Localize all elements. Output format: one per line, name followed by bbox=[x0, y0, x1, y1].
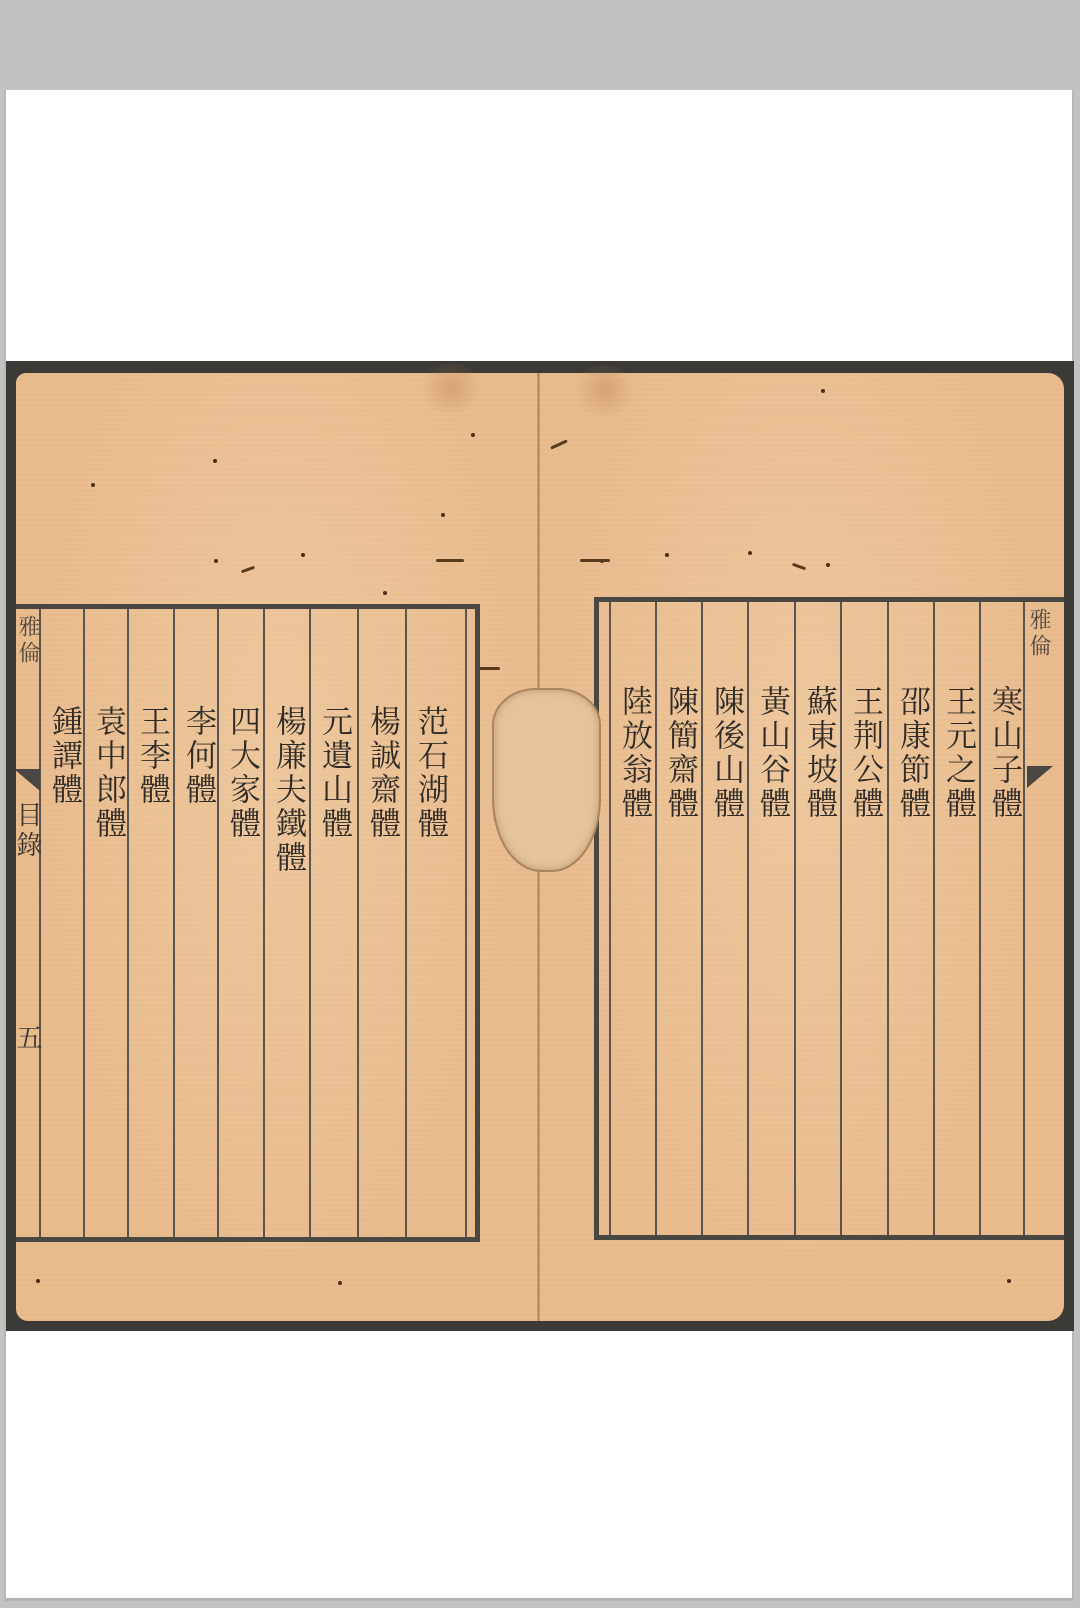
column-rule bbox=[405, 609, 407, 1237]
column-rule bbox=[127, 609, 129, 1237]
column-rule bbox=[357, 609, 359, 1237]
wormhole bbox=[338, 1281, 342, 1285]
toc-entry: 黃山谷體 bbox=[756, 685, 787, 821]
water-stain bbox=[416, 363, 486, 413]
wormhole-trail bbox=[792, 563, 806, 571]
wormhole bbox=[213, 459, 217, 463]
page-number: 五 bbox=[14, 1024, 40, 1054]
wormhole bbox=[36, 1279, 40, 1283]
toc-entry: 蘇東坡體 bbox=[803, 685, 834, 821]
toc-entry: 王李體 bbox=[136, 705, 167, 807]
column-rule bbox=[655, 602, 657, 1235]
column-rule bbox=[794, 602, 796, 1235]
right-page: 寒山子體 王元之體 邵康節體 王荆公體 蘇東坡體 黃山谷體 陳後山體 陳簡齋體 … bbox=[540, 373, 1064, 1321]
wormhole-trail bbox=[241, 566, 255, 574]
column-rule bbox=[933, 602, 935, 1235]
wormhole-trail bbox=[436, 559, 464, 562]
toc-entry: 四大家體 bbox=[226, 705, 257, 841]
column-rule bbox=[39, 609, 41, 1237]
toc-entry: 邵康節體 bbox=[896, 685, 927, 821]
left-page-frame: 雅倫 目錄 五 范石湖體 楊誠齋體 元遺山體 楊廉夫鐵體 四大家體 李何體 王李… bbox=[16, 604, 480, 1242]
wormhole bbox=[748, 551, 752, 555]
toc-entry: 寒山子體 bbox=[988, 685, 1019, 821]
margin-title: 雅倫 bbox=[16, 615, 38, 667]
wormhole bbox=[214, 559, 218, 563]
column-rule bbox=[840, 602, 842, 1235]
toc-entry: 陳後山體 bbox=[710, 685, 741, 821]
fishtail-mark bbox=[14, 769, 40, 791]
book-scan-image: 雅倫 目錄 五 范石湖體 楊誠齋體 元遺山體 楊廉夫鐵體 四大家體 李何體 王李… bbox=[6, 361, 1074, 1331]
column-rule bbox=[173, 609, 175, 1237]
wormhole bbox=[665, 553, 669, 557]
wormhole bbox=[441, 513, 445, 517]
toc-entry: 王元之體 bbox=[942, 685, 973, 821]
toc-entry: 袁中郎體 bbox=[92, 705, 123, 841]
column-rule bbox=[465, 609, 467, 1237]
paper-tear-repair bbox=[492, 688, 601, 872]
column-rule bbox=[701, 602, 703, 1235]
water-stain bbox=[570, 365, 640, 415]
fishtail-mark bbox=[1027, 766, 1053, 788]
column-rule bbox=[217, 609, 219, 1237]
toc-entry: 楊誠齋體 bbox=[366, 705, 397, 841]
wormhole bbox=[821, 389, 825, 393]
toc-entry: 鍾譚體 bbox=[48, 705, 79, 807]
margin-title: 雅倫 bbox=[1027, 608, 1049, 660]
toc-entry: 王荆公體 bbox=[849, 685, 880, 821]
wormhole bbox=[471, 433, 475, 437]
column-rule bbox=[609, 602, 611, 1235]
toc-entry: 陳簡齋體 bbox=[664, 685, 695, 821]
margin-section-label: 目錄 bbox=[14, 801, 40, 861]
wormhole-trail bbox=[580, 559, 610, 562]
column-rule bbox=[887, 602, 889, 1235]
column-rule bbox=[309, 609, 311, 1237]
toc-entry: 范石湖體 bbox=[414, 705, 445, 841]
toc-entry: 陸放翁體 bbox=[618, 685, 649, 821]
wormhole bbox=[301, 553, 305, 557]
viewer-top-bar bbox=[0, 0, 1080, 90]
column-rule bbox=[979, 602, 981, 1235]
right-page-frame: 寒山子體 王元之體 邵康節體 王荆公體 蘇東坡體 黃山谷體 陳後山體 陳簡齋體 … bbox=[594, 597, 1064, 1240]
toc-entry: 元遺山體 bbox=[318, 705, 349, 841]
wormhole bbox=[383, 591, 387, 595]
column-rule bbox=[747, 602, 749, 1235]
toc-entry: 李何體 bbox=[182, 705, 213, 807]
column-rule bbox=[263, 609, 265, 1237]
wormhole bbox=[826, 563, 830, 567]
left-page: 雅倫 目錄 五 范石湖體 楊誠齋體 元遺山體 楊廉夫鐵體 四大家體 李何體 王李… bbox=[16, 373, 540, 1321]
toc-entry: 楊廉夫鐵體 bbox=[272, 705, 303, 875]
wormhole-trail bbox=[550, 439, 568, 449]
wormhole bbox=[91, 483, 95, 487]
wormhole bbox=[1007, 1279, 1011, 1283]
column-rule bbox=[1023, 602, 1025, 1235]
column-rule bbox=[83, 609, 85, 1237]
